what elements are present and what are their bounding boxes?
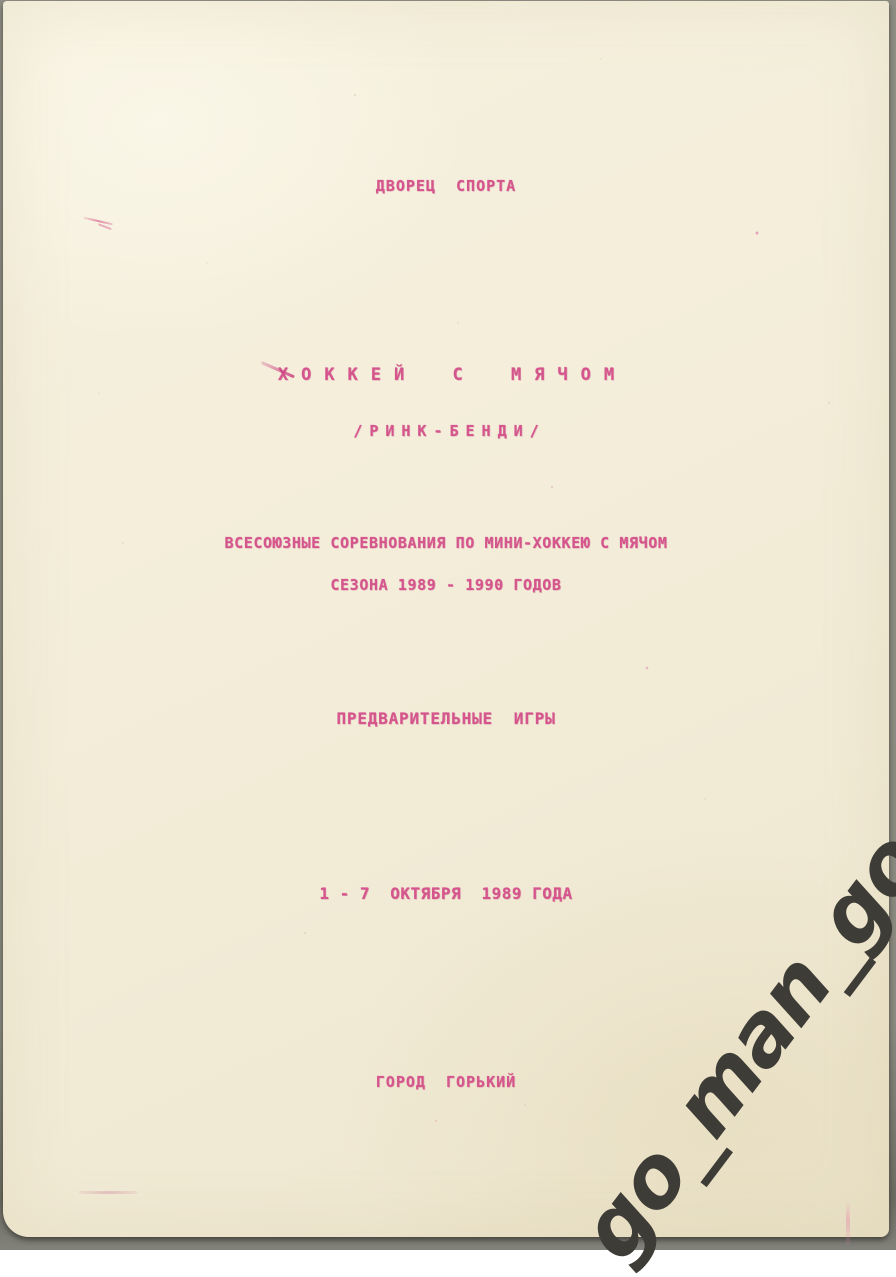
venue-line: ДВОРЕЦ СПОРТА [3,177,889,195]
program-cover-page: ДВОРЕЦ СПОРТА ХОККЕЙ С МЯЧОМ /РИНК-БЕНДИ… [3,1,889,1237]
ink-smudge-bottom-left [79,1191,137,1194]
scan-background: ДВОРЕЦ СПОРТА ХОККЕЙ С МЯЧОМ /РИНК-БЕНДИ… [0,0,896,1250]
watermark-text: go_man_go [561,815,896,1250]
competition-line: ВСЕСОЮЗНЫЕ СОРЕВНОВАНИЯ ПО МИНИ-ХОККЕЮ С… [3,534,889,552]
dates-line: 1 - 7 ОКТЯБРЯ 1989 ГОДА [3,884,889,903]
main-title: ХОККЕЙ С МЯЧОМ [3,365,889,385]
ink-scratch-top-left [83,217,113,226]
ink-smudge-bottom-right [846,1201,850,1245]
subtitle-line: /РИНК-БЕНДИ/ [3,422,889,440]
season-line: СЕЗОНА 1989 - 1990 ГОДОВ [3,576,889,594]
stage-line: ПРЕДВАРИТЕЛЬНЫЕ ИГРЫ [3,709,889,728]
